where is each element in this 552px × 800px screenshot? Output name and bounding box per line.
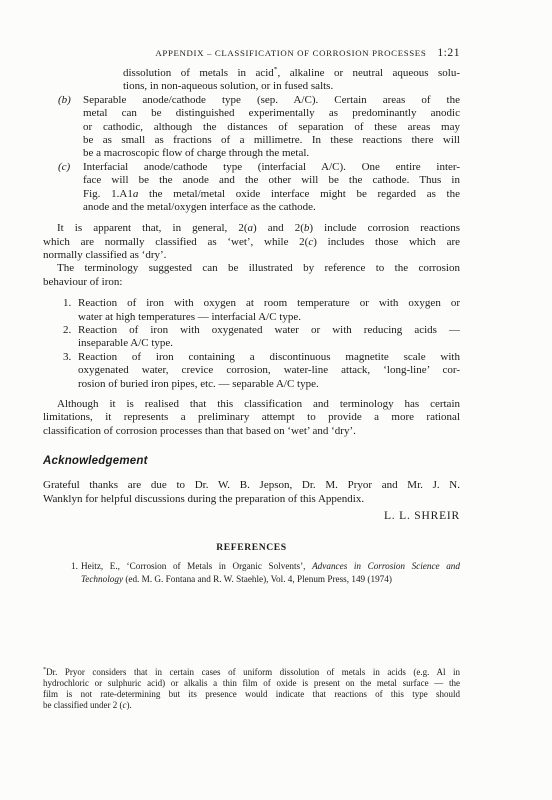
text-line: oxygenated water, crevice corrosion, wat…	[78, 364, 460, 377]
text-block: APPENDIX – CLASSIFICATION OF CORROSION P…	[43, 46, 460, 586]
text-line: Heitz, E., ‘Corrosion of Metals in Organ…	[81, 560, 460, 573]
text-line: hydrochloric or sulphuric acid) or alkal…	[43, 678, 460, 689]
numbered-item-2-label: 2.	[63, 324, 71, 337]
text-segment: It is apparent that, in general, 2(	[57, 222, 248, 234]
text-segment: Heitz, E., ‘Corrosion of Metals in Organ…	[81, 561, 312, 571]
text-line: *Dr. Pryor considers that in certain cas…	[43, 667, 460, 678]
text-segment: , alkaline or neutral aqueous solu-	[278, 67, 460, 79]
references-heading: REFERENCES	[43, 542, 460, 554]
text-line: Reaction of iron containing a discontinu…	[78, 351, 460, 364]
text-line: Separable anode/cathode type (sep. A/C).…	[83, 94, 460, 107]
text-line: It is apparent that, in general, 2(a) an…	[43, 222, 460, 235]
text-line: dissolution of metals in acid*, alkaline…	[123, 67, 460, 80]
text-line: The terminology suggested can be illustr…	[43, 262, 460, 275]
numbered-item-1-label: 1.	[63, 297, 71, 310]
book-page: APPENDIX – CLASSIFICATION OF CORROSION P…	[0, 0, 552, 800]
text-line: be a macroscopic flow of charge through …	[83, 147, 460, 160]
text-line: water at high temperatures — interfacial…	[78, 311, 460, 324]
text-segment: Technology	[81, 574, 123, 584]
list-item-c: (c) Interfacial anode/cathode type (inte…	[43, 161, 460, 215]
text-line: inseparable A/C type.	[78, 337, 460, 350]
running-head: APPENDIX – CLASSIFICATION OF CORROSION P…	[43, 46, 460, 60]
text-line: Grateful thanks are due to Dr. W. B. Jep…	[43, 479, 460, 492]
text-line: face will be the anode and the other wil…	[83, 174, 460, 187]
text-line: Technology (ed. M. G. Fontana and R. W. …	[81, 573, 460, 586]
list-item-c-label: (c)	[58, 161, 70, 174]
text-line: limitations, it represents a preliminary…	[43, 411, 460, 424]
text-segment: the metal/metal oxide interface might be…	[138, 188, 460, 200]
author-signature: L. L. SHREIR	[43, 510, 460, 523]
reference-item-1: 1. Heitz, E., ‘Corrosion of Metals in Or…	[43, 560, 460, 586]
text-line: Although it is realised that this classi…	[43, 398, 460, 411]
text-segment: Advances in Corrosion Science and	[312, 561, 460, 571]
text-line: rosion of buried iron pipes, etc. — sepa…	[78, 378, 460, 391]
text-line: Reaction of iron with oxygen at room tem…	[78, 297, 460, 310]
paragraph-apparent: It is apparent that, in general, 2(a) an…	[43, 222, 460, 262]
text-line: or cathodic, although the distances of s…	[83, 121, 460, 134]
numbered-item-3-label: 3.	[63, 351, 71, 364]
list-item-b-label: (b)	[58, 94, 71, 107]
text-line: tions, in non-aqueous solution, or in fu…	[123, 80, 460, 93]
text-line: be classified under 2 (c).	[43, 700, 460, 711]
text-line: Wanklyn for helpful discussions during t…	[43, 493, 460, 506]
text-segment: Dr. Pryor considers that in certain case…	[46, 667, 460, 677]
list-item-b-text: Separable anode/cathode type (sep. A/C).…	[83, 94, 460, 161]
text-segment: ) includes those which are	[313, 236, 460, 248]
acknowledgement-heading: Acknowledgement	[43, 455, 460, 468]
numbered-item-1-text: Reaction of iron with oxygen at room tem…	[78, 297, 460, 324]
text-line: Interfacial anode/cathode type (interfac…	[83, 161, 460, 174]
text-line: Reaction of iron with oxygenated water o…	[78, 324, 460, 337]
reference-item-1-label: 1.	[71, 560, 78, 573]
text-line: Fig. 1.A1a the metal/metal oxide interfa…	[83, 188, 460, 201]
text-line: film is not rate-determining but its pre…	[43, 689, 460, 700]
footnote: *Dr. Pryor considers that in certain cas…	[43, 667, 460, 711]
text-segment: ) include corrosion reactions	[309, 222, 460, 234]
numbered-item-2: 2. Reaction of iron with oxygenated wate…	[43, 324, 460, 351]
text-segment: (ed. M. G. Fontana and R. W. Staehle), V…	[123, 574, 392, 584]
page-number: 1:21	[437, 46, 460, 59]
paragraph-although: Although it is realised that this classi…	[43, 398, 460, 438]
list-item-c-text: Interfacial anode/cathode type (interfac…	[83, 161, 460, 215]
text-segment: Fig. 1.A1	[83, 188, 133, 200]
text-line: metal can be distinguished experimentall…	[83, 107, 460, 120]
text-segment: which are normally classified as ‘wet’, …	[43, 236, 308, 248]
text-segment: ) and 2(	[253, 222, 304, 234]
text-line: classification of corrosion processes th…	[43, 425, 460, 438]
numbered-item-2-text: Reaction of iron with oxygenated water o…	[78, 324, 460, 351]
numbered-item-3: 3. Reaction of iron containing a discont…	[43, 351, 460, 391]
numbered-item-1: 1. Reaction of iron with oxygen at room …	[43, 297, 460, 324]
text-line: anode and the metal/oxygen interface as …	[83, 201, 460, 214]
text-line: normally classified as ‘dry’.	[43, 249, 460, 262]
acknowledgement-paragraph: Grateful thanks are due to Dr. W. B. Jep…	[43, 479, 460, 506]
text-line: behaviour of iron:	[43, 276, 460, 289]
paragraph-terminology: The terminology suggested can be illustr…	[43, 262, 460, 289]
text-segment: be classified under 2 (	[43, 700, 122, 710]
text-line: which are normally classified as ‘wet’, …	[43, 236, 460, 249]
text-segment: ).	[126, 700, 131, 710]
numbered-item-3-text: Reaction of iron containing a discontinu…	[78, 351, 460, 391]
paragraph-item-a-continuation: dissolution of metals in acid*, alkaline…	[123, 67, 460, 94]
text-segment: dissolution of metals in acid	[123, 67, 274, 79]
text-line: be as small as fractions of a millimetre…	[83, 134, 460, 147]
reference-item-1-text: Heitz, E., ‘Corrosion of Metals in Organ…	[81, 560, 460, 586]
running-head-title: APPENDIX – CLASSIFICATION OF CORROSION P…	[155, 47, 426, 60]
list-item-b: (b) Separable anode/cathode type (sep. A…	[43, 94, 460, 161]
